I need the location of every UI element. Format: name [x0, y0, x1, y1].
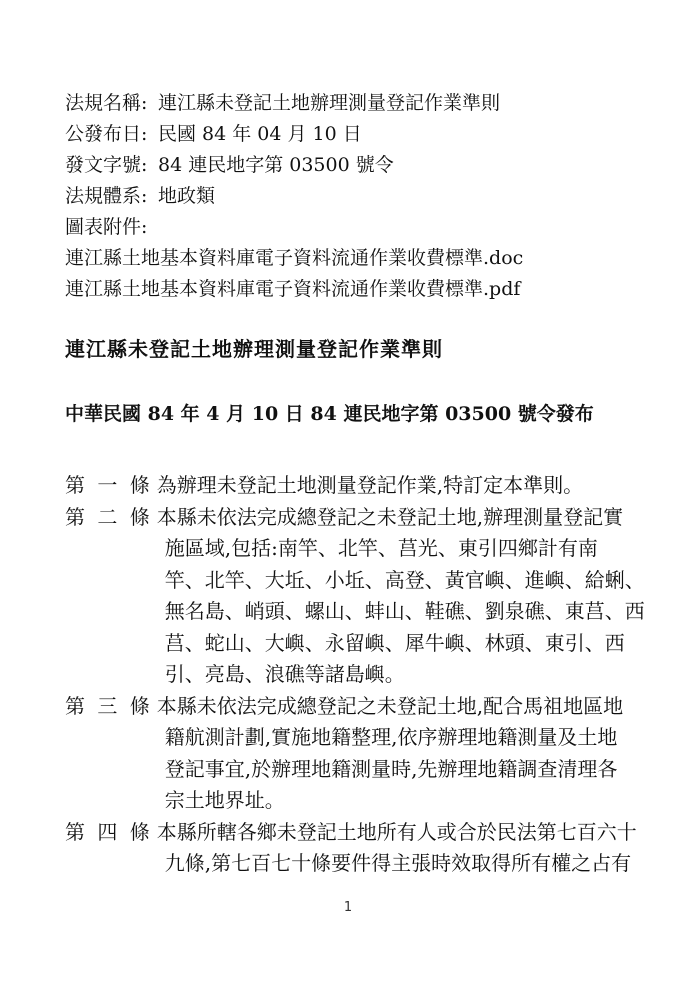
- page-number: 1: [0, 899, 696, 917]
- attachment-file-name: 連江縣土地基本資料庫電子資料流通作業收費標準.pdf: [65, 274, 523, 305]
- article-text-line: 本縣所轄各鄉未登記土地所有人或合於民法第七百六十: [157, 817, 645, 849]
- article-text: 本縣所轄各鄉未登記土地所有人或合於民法第七百六十九條,第七百七十條要件得主張時效…: [157, 817, 645, 880]
- article-text: 本縣未依法完成總登記之未登記土地,辦理測量登記實施區域,包括:南竿、北竿、莒光、…: [157, 502, 645, 691]
- promulgation-line: 中華民國 84 年 4 月 10 日 84 連民地字第 03500 號令發布: [65, 399, 594, 430]
- article-text-line: 本縣未依法完成總登記之未登記土地,配合馬祖地區地: [157, 691, 645, 723]
- article-text-line: 施區域,包括:南竿、北竿、莒光、東引四鄉計有南: [165, 533, 645, 565]
- articles-block: 第 一 條為辦理未登記土地測量登記作業,特訂定本準則。第 二 條本縣未依法完成總…: [65, 470, 645, 880]
- metadata-row: 發文字號:84 連民地字第 03500 號令: [65, 150, 147, 181]
- article-text-line: 籍航測計劃,實施地籍整理,依序辦理地籍測量及土地: [165, 722, 645, 754]
- article-text-line: 莒、蛇山、大嶼、永留嶼、犀牛嶼、林頭、東引、西: [165, 628, 645, 660]
- metadata-value: 地政類: [158, 181, 215, 212]
- metadata-label: 公發布日:: [65, 119, 147, 150]
- article-number-label: 第 一 條: [65, 470, 150, 502]
- article-text-line: 無名島、峭頭、螺山、蚌山、鞋礁、劉泉礁、東莒、西: [165, 596, 645, 628]
- metadata-label: 圖表附件:: [65, 212, 147, 243]
- attachment-file-name: 連江縣土地基本資料庫電子資料流通作業收費標準.doc: [65, 243, 523, 274]
- metadata-value: 84 連民地字第 03500 號令: [158, 150, 394, 181]
- metadata-block: 法規名稱:連江縣未登記土地辦理測量登記作業準則公發布日:民國 84 年 04 月…: [65, 88, 147, 243]
- article-row: 第 四 條本縣所轄各鄉未登記土地所有人或合於民法第七百六十九條,第七百七十條要件…: [65, 817, 645, 880]
- article-number-label: 第 二 條: [65, 502, 150, 534]
- metadata-row: 法規體系:地政類: [65, 181, 147, 212]
- metadata-label: 發文字號:: [65, 150, 147, 181]
- metadata-value: 連江縣未登記土地辦理測量登記作業準則: [158, 88, 500, 119]
- article-text: 為辦理未登記土地測量登記作業,特訂定本準則。: [157, 470, 645, 502]
- document-title: 連江縣未登記土地辦理測量登記作業準則: [65, 334, 443, 365]
- article-number-label: 第 四 條: [65, 817, 150, 849]
- article-text-line: 引、亮島、浪礁等諸島嶼。: [165, 659, 645, 691]
- article-text-line: 本縣未依法完成總登記之未登記土地,辦理測量登記實: [157, 502, 645, 534]
- metadata-row: 法規名稱:連江縣未登記土地辦理測量登記作業準則: [65, 88, 147, 119]
- article-text-line: 竿、北竿、大坵、小坵、高登、黃官嶼、進嶼、給蜊、: [165, 565, 645, 597]
- article-row: 第 三 條本縣未依法完成總登記之未登記土地,配合馬祖地區地籍航測計劃,實施地籍整…: [65, 691, 645, 817]
- article-text-line: 九條,第七百七十條要件得主張時效取得所有權之占有: [165, 848, 645, 880]
- attachments-block: 連江縣土地基本資料庫電子資料流通作業收費標準.doc連江縣土地基本資料庫電子資料…: [65, 243, 523, 305]
- metadata-label: 法規名稱:: [65, 88, 147, 119]
- article-text-line: 為辦理未登記土地測量登記作業,特訂定本準則。: [157, 470, 645, 502]
- metadata-label: 法規體系:: [65, 181, 147, 212]
- metadata-row: 公發布日:民國 84 年 04 月 10 日: [65, 119, 147, 150]
- article-text: 本縣未依法完成總登記之未登記土地,配合馬祖地區地籍航測計劃,實施地籍整理,依序辦…: [157, 691, 645, 817]
- article-row: 第 二 條本縣未依法完成總登記之未登記土地,辦理測量登記實施區域,包括:南竿、北…: [65, 502, 645, 691]
- document-page: 法規名稱:連江縣未登記土地辦理測量登記作業準則公發布日:民國 84 年 04 月…: [0, 0, 700, 990]
- article-row: 第 一 條為辦理未登記土地測量登記作業,特訂定本準則。: [65, 470, 645, 502]
- article-text-line: 宗土地界址。: [165, 785, 645, 817]
- metadata-value: 民國 84 年 04 月 10 日: [158, 119, 362, 150]
- article-text-line: 登記事宜,於辦理地籍測量時,先辦理地籍調查清理各: [165, 754, 645, 786]
- article-number-label: 第 三 條: [65, 691, 150, 723]
- metadata-row: 圖表附件:: [65, 212, 147, 243]
